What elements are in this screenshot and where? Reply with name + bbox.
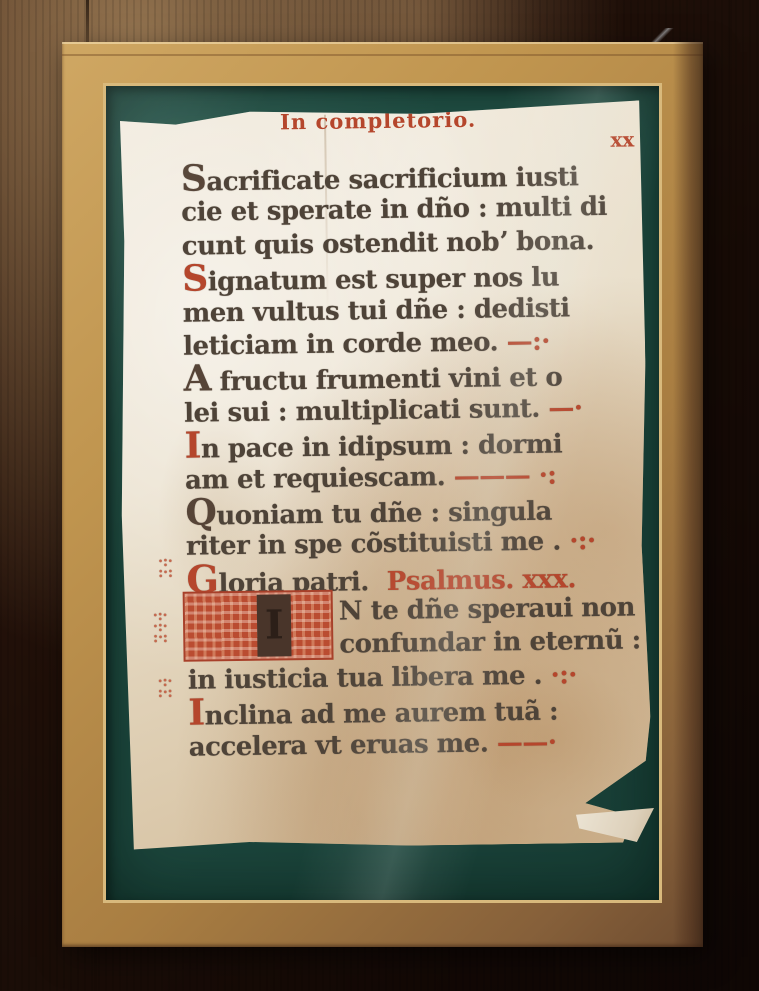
floorboard-seam xyxy=(729,0,732,991)
text-segment: lei sui : multiplicati sunt. xyxy=(184,393,549,428)
margin-penwork: ·:· :·: xyxy=(150,676,180,698)
frame-inner-bevel xyxy=(673,42,703,947)
text-segment: ——· xyxy=(497,727,557,758)
text-segment: Psalmus. xxx. xyxy=(387,564,577,597)
manuscript-line: in iusticia tua libera me . ·:· xyxy=(188,658,636,698)
floorboard-seam xyxy=(556,940,559,991)
manuscript-line: men vultus tui dñe : dedisti xyxy=(182,291,630,331)
text-segment: N te dñe speraui non xyxy=(339,593,635,627)
manuscript-leaf: In completorio. xx I ·:· :·: ·:· ·:· :·:… xyxy=(112,100,652,849)
text-segment: in iusticia tua libera me . xyxy=(188,661,551,696)
text-segment: cunt quis ostendit nobʼ bona. xyxy=(182,226,595,262)
initial-letter-i: I xyxy=(257,594,292,656)
text-segment: cie et sperate in dño : multi di xyxy=(181,192,607,228)
floorboard-seam xyxy=(86,0,89,46)
text-block: I ·:· :·: ·:· ·:· :·: ·:· :·: Sacrificat… xyxy=(181,158,637,765)
text-segment: ·:· xyxy=(569,526,596,556)
folio-number: xx xyxy=(610,127,634,151)
text-segment: am et requiescam. xyxy=(185,462,454,496)
text-segment: S xyxy=(181,157,207,199)
manuscript-line: accelera vt eruas me. ——· xyxy=(189,725,637,765)
text-segment: Q xyxy=(185,491,216,533)
text-segment: ——— ·: xyxy=(454,460,557,491)
text-segment: I xyxy=(188,692,205,734)
manuscript-line: lei sui : multiplicati sunt. —· xyxy=(184,391,632,431)
margin-penwork: ·:· :·: xyxy=(150,556,180,578)
text-segment: ·:· xyxy=(550,660,577,690)
text-segment: accelera vt eruas me. xyxy=(189,728,497,762)
frame-moulding-ridge xyxy=(62,54,703,56)
photograph: In completorio. xx I ·:· :·: ·:· ·:· :·:… xyxy=(0,0,759,991)
text-segment: men vultus tui dñe : dedisti xyxy=(183,293,570,328)
illuminated-initial-block: I xyxy=(183,590,334,662)
text-segment: confundar in eternũ : xyxy=(339,626,641,660)
floorboard-seam xyxy=(94,940,97,991)
text-segment: —:· xyxy=(506,327,550,358)
text-segment: riter in spe cõstituisti me . xyxy=(186,527,570,562)
text-segment: —· xyxy=(548,393,582,423)
text-segment: I xyxy=(184,425,201,467)
green-mat: In completorio. xx I ·:· :·: ·:· ·:· :·:… xyxy=(103,83,662,903)
floorboard-seam xyxy=(300,946,303,991)
running-header: In completorio. xyxy=(280,107,476,135)
text-segment: leticiam in corde meo. xyxy=(183,327,507,362)
text-segment: S xyxy=(182,258,208,300)
margin-penwork: ·:· ·:· :·: xyxy=(145,610,175,643)
text-segment: A xyxy=(183,358,211,400)
manuscript-line: cunt quis ostendit nobʼ bona. xyxy=(182,224,630,264)
picture-frame: In completorio. xx I ·:· :·: ·:· ·:· :·:… xyxy=(62,42,703,947)
